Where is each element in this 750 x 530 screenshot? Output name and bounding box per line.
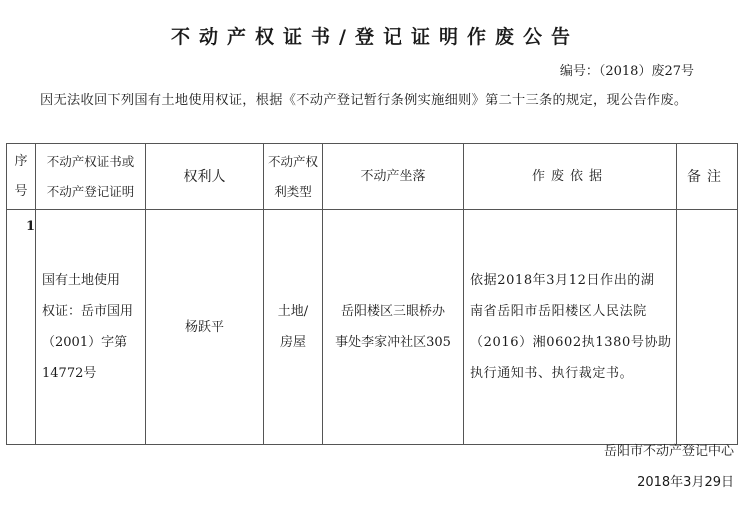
row-certificate: 国有土地使用权证：岳市国用 （2001）字第14772号	[36, 210, 146, 445]
row-seq: 1	[7, 210, 36, 445]
header-right-type: 不动产权利类型	[264, 144, 323, 210]
header-seq: 序号	[7, 144, 36, 210]
issue-date: 2018年3月29日	[637, 471, 734, 490]
table-header-row: 序号 不动产权证书或不动产登记证明 权利人 不动产权利类型 不动产坐落 作废依据…	[7, 144, 738, 210]
row-location: 岳阳楼区三眼桥办事处李家冲社区305	[323, 210, 464, 445]
header-remarks: 备注	[677, 144, 738, 210]
row-right-holder: 杨跃平	[146, 210, 264, 445]
table-row: 1 国有土地使用权证：岳市国用 （2001）字第14772号 杨跃平 土地/房屋…	[7, 210, 738, 445]
row-void-basis: 依据2018年3月12日作出的湖南省岳阳市岳阳楼区人民法院 （2016）湘060…	[464, 210, 677, 445]
header-certificate: 不动产权证书或不动产登记证明	[36, 144, 146, 210]
row-remarks	[677, 210, 738, 445]
header-void-basis: 作废依据	[464, 144, 677, 210]
row-right-type: 土地/房屋	[264, 210, 323, 445]
issuing-authority: 岳阳市不动产登记中心	[604, 440, 734, 459]
header-right-holder: 权利人	[146, 144, 264, 210]
header-location: 不动产坐落	[323, 144, 464, 210]
notice-title: 不动产权证书/登记证明作废公告	[0, 22, 750, 49]
notice-intro: 因无法收回下列国有土地使用权证，根据《不动产登记暂行条例实施细则》第二十三条的规…	[40, 89, 687, 108]
document-number: 编号：（2018）废27号	[560, 60, 694, 79]
void-certificate-table: 序号 不动产权证书或不动产登记证明 权利人 不动产权利类型 不动产坐落 作废依据…	[6, 143, 738, 445]
